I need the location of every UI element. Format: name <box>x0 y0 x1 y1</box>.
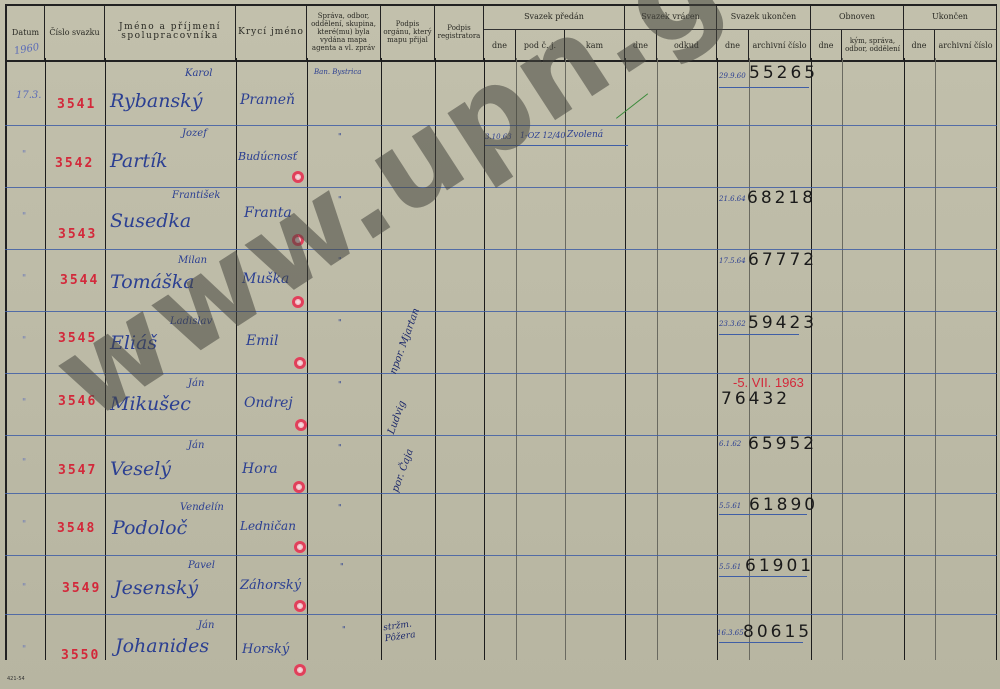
header-podpis-registratora-label: Podpis registratora <box>435 24 483 40</box>
header-predan-kam: kam <box>565 30 625 62</box>
row-cislo: 3545 <box>58 331 97 346</box>
row-archivni-cislo: 80615 <box>743 622 812 642</box>
row-cislo: 3546 <box>58 394 97 409</box>
row-divider <box>5 311 997 312</box>
row-divider <box>5 373 997 374</box>
row-ukoncen-dne: 17.5.64 <box>719 257 746 265</box>
row-cover-name: Záhorský <box>240 578 301 593</box>
header-predan-kam-label: kam <box>586 41 603 50</box>
row-sprava: " <box>338 380 342 389</box>
row-datum: " <box>22 520 26 530</box>
row-divider <box>5 187 997 188</box>
header-predan-pod-label: pod č. j. <box>524 41 556 50</box>
header-svazek-ukoncen-label: Svazek ukončen <box>731 12 796 21</box>
entry-underline <box>485 145 628 146</box>
punch-hole-marker <box>292 234 304 246</box>
row-surname: Partík <box>110 150 168 172</box>
column-divider <box>657 58 658 660</box>
row-given-name: Ján <box>188 440 204 451</box>
row-cislo: 3549 <box>62 581 101 596</box>
header-predan-pod: pod č. j. <box>516 30 565 62</box>
row-sprava: " <box>338 195 342 204</box>
header-obnoven-label: Obnoven <box>839 12 875 21</box>
header-vracen-dne: dne <box>625 30 657 62</box>
row-cislo: 3542 <box>55 156 94 171</box>
header-podpis-registratora: Podpis registratora <box>435 4 484 62</box>
row-surname: Mikušec <box>110 393 191 415</box>
column-divider <box>435 58 436 660</box>
entry-underline <box>719 514 807 515</box>
row-datum: " <box>22 645 26 655</box>
row-cover-name: Hora <box>242 461 278 477</box>
header-obnoven-kym: kým, správa, odbor, oddělení <box>842 30 904 62</box>
header-jmeno: Jméno a příjmení spolupracovníka <box>105 4 236 62</box>
row-surname: Jesenský <box>114 577 198 599</box>
column-divider <box>565 58 566 660</box>
row-divider <box>5 435 997 436</box>
row-divider <box>5 614 997 615</box>
row-archivni-cislo: 65952 <box>748 434 817 454</box>
row-given-name: Karol <box>185 68 212 79</box>
row-datum: " <box>22 212 26 222</box>
column-divider <box>236 58 237 660</box>
header-jmeno-label: Jméno a příjmení spolupracovníka <box>105 23 235 41</box>
form-code: 421-54 <box>7 676 25 682</box>
row-cislo: 3550 <box>61 648 100 663</box>
row-sprava: " <box>338 256 342 265</box>
row-ukoncen-dne: 5.5.61 <box>719 502 741 510</box>
column-divider <box>381 58 382 660</box>
row-archivni-cislo: 67772 <box>748 250 817 270</box>
header-obnoven: Obnoven <box>811 4 904 30</box>
column-divider <box>996 58 997 660</box>
header-ukoncen-archivni-label: archivní číslo <box>752 41 806 50</box>
row-datum: " <box>22 150 26 160</box>
row-given-name: Ján <box>188 378 204 389</box>
row-given-name: Ladislav <box>170 316 212 327</box>
punch-hole-marker <box>294 357 306 369</box>
header-podpis-organu-label: Podpis orgánu, který mapu přijal <box>381 20 434 44</box>
row-sprava: " <box>338 443 342 452</box>
row-surname: Podoloč <box>112 517 187 539</box>
header-podpis-organu: Podpis orgánu, který mapu přijal <box>381 4 435 62</box>
header-obnoven-dne: dne <box>811 30 842 62</box>
row-cislo: 3548 <box>57 521 96 536</box>
row-datum: " <box>22 458 26 468</box>
column-divider <box>935 58 936 660</box>
column-divider <box>625 58 626 660</box>
header-svazek-predan-label: Svazek předán <box>524 12 584 21</box>
header-predan-dne-label: dne <box>492 41 507 50</box>
entry-underline <box>719 642 803 643</box>
header-sprava-label: Správa, odbor, oddělení, skupina, které(… <box>307 12 380 52</box>
row-predan-pod: 1-OZ 12/40 <box>520 131 566 140</box>
row-ukoncen-dne: 23.3.62 <box>719 320 746 328</box>
row-cover-name: Emil <box>246 333 278 349</box>
column-divider <box>484 58 485 660</box>
header-kryci-label: Krycí jméno <box>238 28 304 37</box>
row-surname: Veselý <box>110 458 171 480</box>
row-surname: Eliáš <box>110 332 157 354</box>
punch-hole-marker <box>294 541 306 553</box>
row-cover-name: Prameň <box>240 92 295 108</box>
entry-underline <box>719 87 809 88</box>
punch-hole-marker <box>292 296 304 308</box>
header-ukoncen-archivni: archivní číslo <box>749 30 811 62</box>
punch-hole-marker <box>293 481 305 493</box>
top-border <box>5 4 997 6</box>
row-divider <box>5 555 997 556</box>
row-surname: Rybanský <box>110 90 202 112</box>
column-divider <box>904 58 905 660</box>
left-border <box>5 4 7 660</box>
column-divider <box>105 58 106 660</box>
row-ukoncen-dne: 29.9.60 <box>719 72 746 80</box>
row-sprava: " <box>338 132 342 141</box>
header-vracen-dne-label: dne <box>633 41 648 50</box>
row-sprava: " <box>338 503 342 512</box>
header-vracen-odkud: odkud <box>657 30 717 62</box>
row-surname: Johanides <box>115 635 209 657</box>
entry-underline <box>719 334 799 335</box>
row-date-stamp: -5. VII. 1963 <box>733 375 804 390</box>
header-ukoncen2-dne: dne <box>904 30 935 62</box>
row-sprava: Ban. Bystrica <box>314 68 361 76</box>
header-svazek-predan: Svazek předán <box>484 4 625 30</box>
row-divider <box>5 249 997 250</box>
row-cislo: 3547 <box>58 463 97 478</box>
row-sprava: " <box>340 562 344 571</box>
row-archivni-cislo: 55265 <box>749 63 818 83</box>
row-archivni-cislo: 76432 <box>721 389 790 409</box>
header-cislo-label: Číslo svazku <box>49 28 99 37</box>
row-given-name: Vendelín <box>180 502 224 513</box>
header-ukoncen2-dne-label: dne <box>911 41 926 50</box>
header-ukoncen-dne: dne <box>717 30 749 62</box>
row-predan-kam: Zvolená <box>567 130 603 140</box>
header-vracen-odkud-label: odkud <box>674 41 699 50</box>
column-divider <box>717 58 718 660</box>
row-datum: " <box>22 336 26 346</box>
header-ukoncen-label: Ukončen <box>932 12 968 21</box>
row-sprava: " <box>342 625 346 634</box>
header-svazek-vracen-label: Svazek vrácen <box>641 12 700 21</box>
header-ukoncen-dne-label: dne <box>725 41 740 50</box>
row-divider <box>5 493 997 494</box>
header-obnoven-kym-label: kým, správa, odbor, oddělení <box>842 37 903 53</box>
row-divider <box>5 125 997 126</box>
header-svazek-vracen: Svazek vrácen <box>625 4 717 30</box>
row-ukoncen-dne: 6.1.62 <box>719 440 741 448</box>
row-given-name: Jozef <box>182 128 207 139</box>
row-given-name: František <box>172 190 220 201</box>
header-kryci-jmeno: Krycí jméno <box>236 4 307 62</box>
row-cover-name: Ledničan <box>240 519 296 533</box>
row-given-name: Pavel <box>188 560 215 571</box>
row-cislo: 3541 <box>57 97 96 112</box>
header-ukoncen: Ukončen <box>904 4 997 30</box>
row-given-name: Milan <box>178 255 207 266</box>
header-cislo-svazku: Číslo svazku <box>45 4 105 62</box>
row-ukoncen-dne: 16.3.65 <box>717 629 744 637</box>
header-ukoncen2-archivni: archivní číslo <box>935 30 997 62</box>
row-surname: Tomáška <box>110 271 195 293</box>
header-sprava: Správa, odbor, oddělení, skupina, které(… <box>307 4 381 62</box>
entry-underline <box>719 576 807 577</box>
row-ukoncen-dne: 5.5.61 <box>719 563 741 571</box>
header-predan-dne: dne <box>484 30 516 62</box>
header-datum-label: Datum <box>12 28 39 37</box>
row-sprava: " <box>338 318 342 327</box>
row-predan-dne: 3.10.63 <box>485 133 512 141</box>
row-datum: " <box>22 274 26 284</box>
row-datum: " <box>22 398 26 408</box>
column-divider <box>307 58 308 660</box>
column-divider <box>516 58 517 660</box>
row-cover-name: Horský <box>242 642 289 657</box>
row-ukoncen-dne: 21.6.64 <box>719 195 746 203</box>
row-archivni-cislo: 59423 <box>748 313 817 333</box>
row-archivni-cislo: 61890 <box>749 495 818 515</box>
row-archivni-cislo: 68218 <box>747 188 816 208</box>
punch-hole-marker <box>294 600 306 612</box>
header-obnoven-dne-label: dne <box>818 41 833 50</box>
punch-hole-marker <box>295 419 307 431</box>
header-ukoncen2-archivni-label: archivní číslo <box>938 41 992 50</box>
row-cislo: 3544 <box>60 273 99 288</box>
row-cover-name: Franta <box>244 205 292 221</box>
row-given-name: Ján <box>198 620 214 631</box>
row-surname: Susedka <box>110 210 191 232</box>
row-cislo: 3543 <box>58 227 97 242</box>
row-cover-name: Budúcnosť <box>238 150 297 163</box>
row-datum: " <box>22 583 26 593</box>
punch-hole-marker <box>294 664 306 676</box>
punch-hole-marker <box>292 171 304 183</box>
row-cover-name: Ondrej <box>244 395 293 411</box>
header-svazek-ukoncen: Svazek ukončen <box>717 4 811 30</box>
row-datum: 17.3. <box>16 90 41 101</box>
row-cover-name: Muška <box>242 271 289 287</box>
row-archivni-cislo: 61901 <box>745 556 814 576</box>
column-divider <box>842 58 843 660</box>
column-divider <box>45 58 46 660</box>
